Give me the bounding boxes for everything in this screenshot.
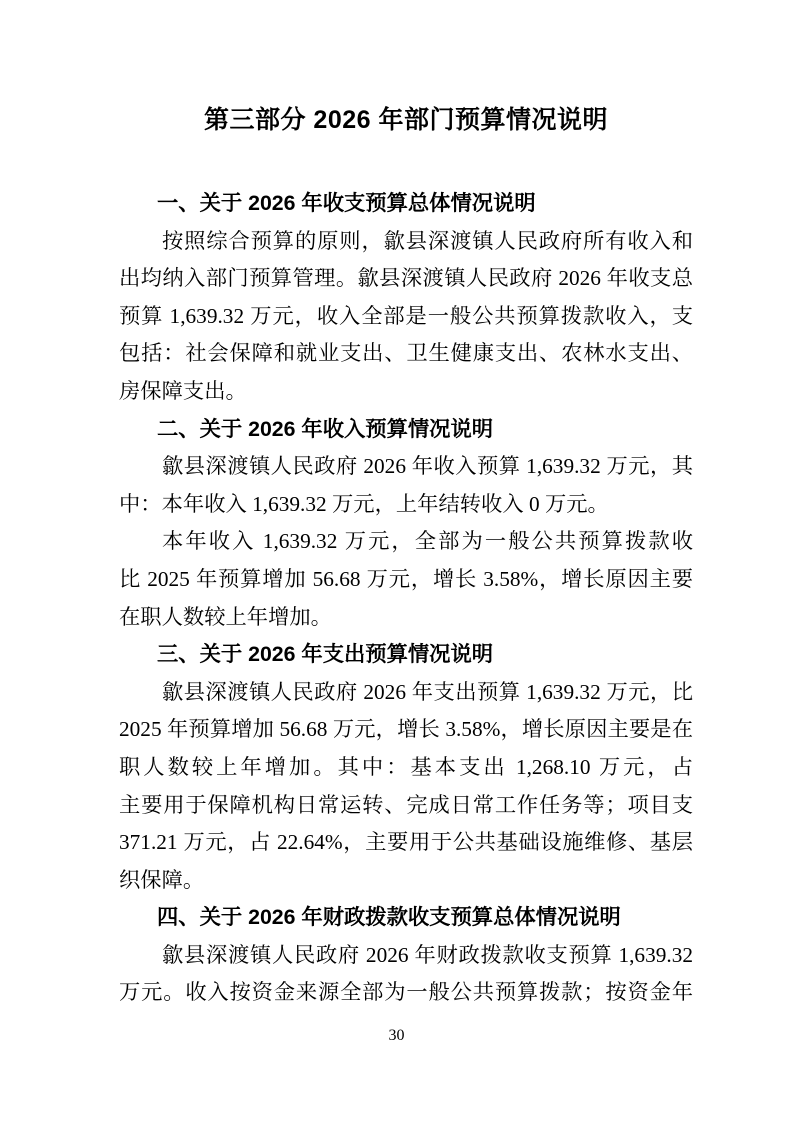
section-1-paragraph-1: 按照综合预算的原则，歙县深渡镇人民政府所有收入和支 出均纳入部门预算管理。歙县深…	[119, 223, 693, 411]
section-2-paragraph-1: 歙县深渡镇人民政府 2026 年收入预算 1,639.32 万元，其 中：本年收…	[119, 448, 693, 523]
text-line: 比 2025 年预算增加 56.68 万元，增长 3.58%，增长原因主要是	[119, 561, 693, 599]
document-content: 第三部分 2026 年部门预算情况说明 一、关于 2026 年收支预算总体情况说…	[119, 0, 693, 1012]
text-line: 中：本年收入 1,639.32 万元，上年结转收入 0 万元。	[119, 486, 693, 524]
section-3-heading: 三、关于 2026 年支出预算情况说明	[119, 636, 693, 674]
text-line: 本年收入 1,639.32 万元，全部为一般公共预算拨款收入，	[119, 523, 693, 561]
text-line: 预算 1,639.32 万元，收入全部是一般公共预算拨款收入，支出	[119, 298, 693, 336]
section-4-paragraph-1: 歙县深渡镇人民政府 2026 年财政拨款收支预算 1,639.32 万元。收入按…	[119, 937, 693, 1012]
text-line: 2025 年预算增加 56.68 万元，增长 3.58%，增长原因主要是在	[119, 711, 693, 749]
text-line: 歙县深渡镇人民政府 2026 年收入预算 1,639.32 万元，其	[119, 448, 693, 486]
section-2-heading: 二、关于 2026 年收入预算情况说明	[119, 411, 693, 449]
text-line: 在职人数较上年增加。	[119, 599, 693, 637]
section-3-paragraph-1: 歙县深渡镇人民政府 2026 年支出预算 1,639.32 万元，比 2025 …	[119, 674, 693, 900]
section-2-paragraph-2: 本年收入 1,639.32 万元，全部为一般公共预算拨款收入， 比 2025 年…	[119, 523, 693, 636]
page-number: 30	[0, 1026, 793, 1046]
text-line: 371.21 万元，占 22.64%，主要用于公共基础设施维修、基层组	[119, 824, 693, 862]
text-line: 按照综合预算的原则，歙县深渡镇人民政府所有收入和支	[119, 223, 693, 261]
text-line: 主要用于保障机构日常运转、完成日常工作任务等；项目支出	[119, 787, 693, 825]
text-line: 万元。收入按资金来源全部为一般公共预算拨款；按资金年度	[119, 974, 693, 1012]
text-line: 出均纳入部门预算管理。歙县深渡镇人民政府 2026 年收支总	[119, 260, 693, 298]
text-line: 职人数较上年增加。其中：基本支出 1,268.10 万元，占 77.36%，	[119, 749, 693, 787]
text-line: 歙县深渡镇人民政府 2026 年支出预算 1,639.32 万元，比	[119, 674, 693, 712]
page-title: 第三部分 2026 年部门预算情况说明	[119, 100, 693, 140]
text-line: 房保障支出。	[119, 373, 693, 411]
text-line: 包括：社会保障和就业支出、卫生健康支出、农林水支出、住	[119, 335, 693, 373]
section-1-heading: 一、关于 2026 年收支预算总体情况说明	[119, 185, 693, 223]
text-line: 织保障。	[119, 862, 693, 900]
document-page: 第三部分 2026 年部门预算情况说明 一、关于 2026 年收支预算总体情况说…	[0, 0, 793, 1122]
section-4-heading: 四、关于 2026 年财政拨款收支预算总体情况说明	[119, 899, 693, 937]
text-line: 歙县深渡镇人民政府 2026 年财政拨款收支预算 1,639.32	[119, 937, 693, 975]
